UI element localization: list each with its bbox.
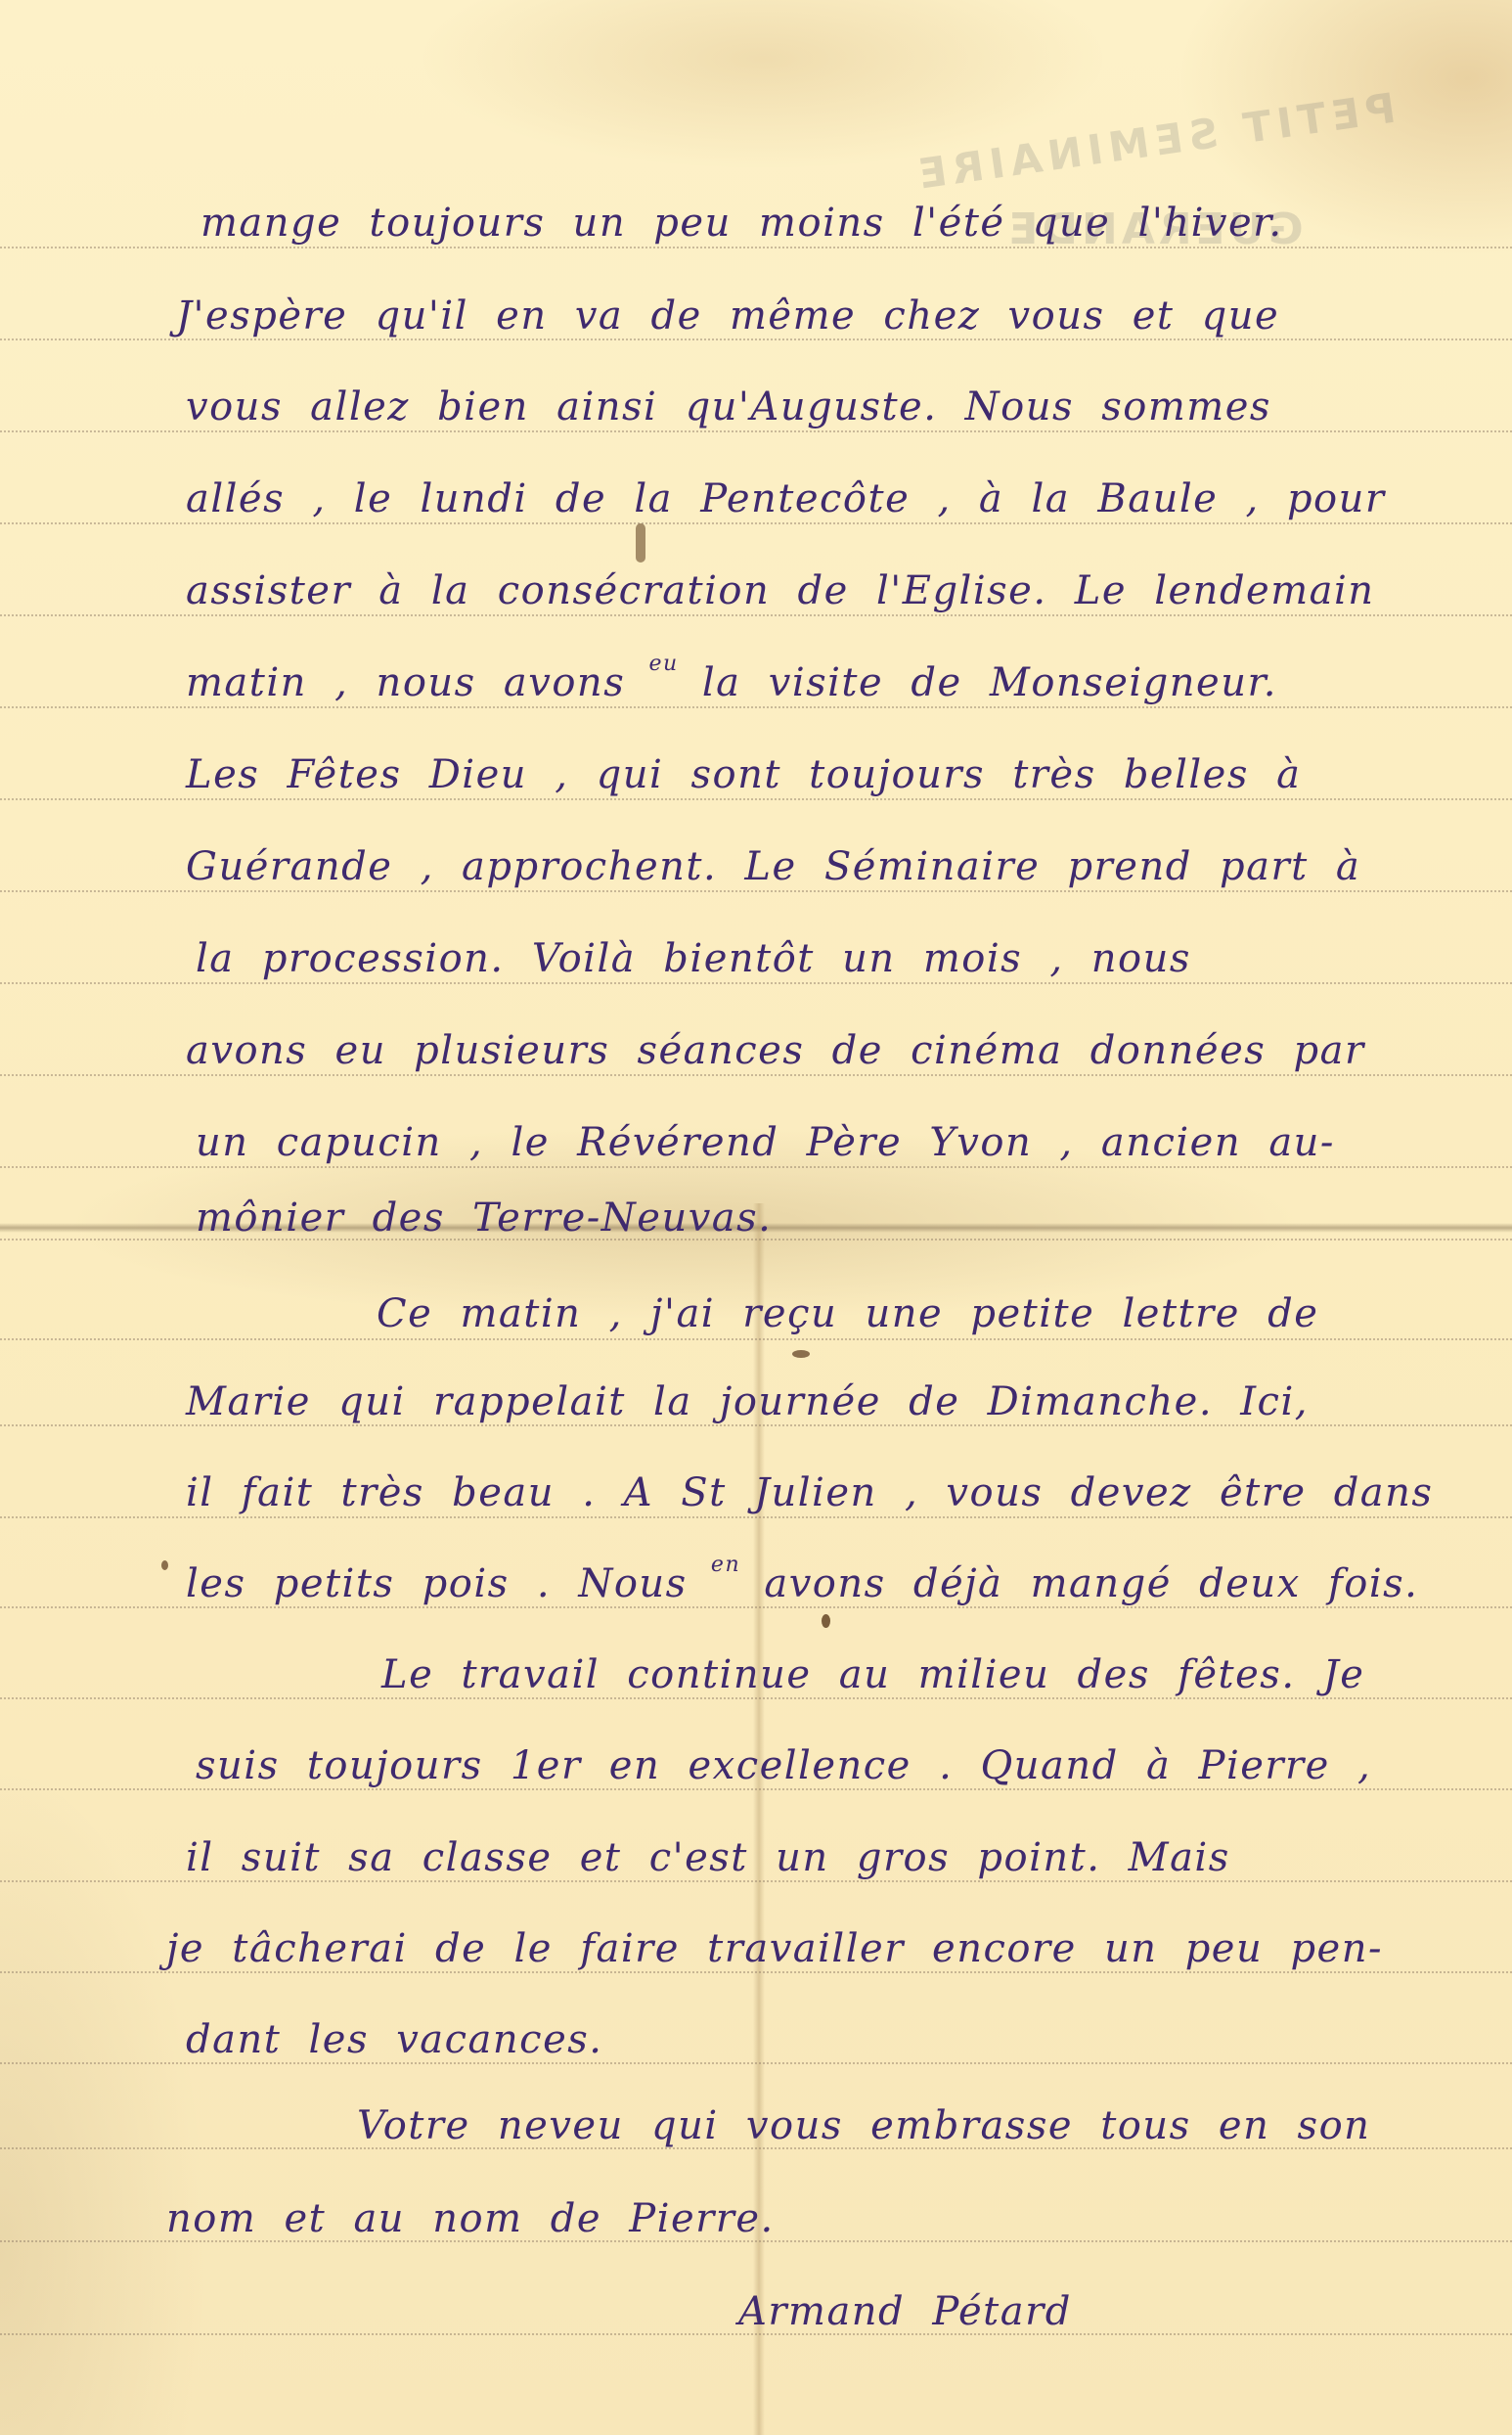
- ruled-line: [0, 2062, 1512, 2064]
- letter-line: dant les vacances.: [186, 2017, 1512, 2062]
- letter-line: assister à la consécration de l'Eglise. …: [186, 568, 1512, 613]
- letter-line: nom et au nom de Pierre.: [166, 2196, 1512, 2241]
- ruled-line: [0, 1338, 1512, 1340]
- ruled-line: [0, 1166, 1512, 1168]
- ruled-line: [0, 1971, 1512, 1973]
- interlinear-insertion: en: [711, 1553, 740, 1577]
- ruled-line: [0, 614, 1512, 616]
- signature: Armand Pétard: [738, 2289, 1512, 2334]
- ruled-line: [0, 1424, 1512, 1426]
- ruled-line: [0, 1606, 1512, 1608]
- stain-mark: [792, 1350, 810, 1358]
- ruled-line: [0, 247, 1512, 248]
- letter-line: allés , le lundi de la Pentecôte , à la …: [186, 476, 1512, 521]
- ruled-line: [0, 1880, 1512, 1882]
- letter-line: Guérande , approchent. Le Séminaire pren…: [186, 844, 1512, 889]
- stain-mark: [822, 1614, 830, 1628]
- interlinear-insertion: eu: [648, 652, 678, 676]
- letter-line: il suit sa classe et c'est un gros point…: [186, 1835, 1512, 1880]
- ruled-line: [0, 1788, 1512, 1790]
- ruled-line: [0, 1074, 1512, 1076]
- ruled-line: [0, 522, 1512, 524]
- letter-line: la procession. Voilà bientôt un mois , n…: [196, 936, 1512, 981]
- ruled-line: [0, 890, 1512, 892]
- letter-line: mônier des Terre-Neuvas.: [196, 1195, 1512, 1240]
- ruled-line: [0, 338, 1512, 340]
- letter-line: vous allez bien ainsi qu'Auguste. Nous s…: [186, 384, 1512, 429]
- letter-line: avons eu plusieurs séances de cinéma don…: [186, 1028, 1512, 1073]
- letter-line: Le travail continue au milieu des fêtes.…: [381, 1652, 1512, 1697]
- letter-line: je tâcherai de le faire travailler encor…: [166, 1926, 1512, 1971]
- ruled-line: [0, 1516, 1512, 1518]
- letter-line: un capucin , le Révérend Père Yvon , anc…: [196, 1120, 1512, 1165]
- letter-line: suis toujours 1er en excellence . Quand …: [196, 1743, 1512, 1788]
- letter-line: Ce matin , j'ai reçu une petite lettre d…: [377, 1291, 1512, 1336]
- letter-line: mange toujours un peu moins l'été que l'…: [200, 201, 1512, 246]
- line-text: les petits pois . Nous: [186, 1561, 688, 1606]
- line-text: avons déjà mangé deux fois.: [764, 1561, 1418, 1606]
- letter-line: Marie qui rappelait la journée de Dimanc…: [186, 1379, 1512, 1424]
- ruled-line: [0, 982, 1512, 984]
- letter-line: il fait très beau . A St Julien , vous d…: [186, 1470, 1512, 1515]
- stain-mark: [636, 523, 645, 563]
- letter-line: J'espère qu'il en va de même chez vous e…: [176, 293, 1512, 338]
- ruled-line: [0, 798, 1512, 800]
- ruled-line: [0, 1697, 1512, 1699]
- letter-line: Votre neveu qui vous embrasse tous en so…: [357, 2103, 1512, 2148]
- letter-line: matin , nous avons eu la visite de Monse…: [186, 660, 1512, 705]
- line-text: matin , nous avons: [186, 660, 625, 705]
- line-text: la visite de Monseigneur.: [702, 660, 1277, 705]
- letter-line: Les Fêtes Dieu , qui sont toujours très …: [186, 752, 1512, 797]
- ruled-line: [0, 706, 1512, 708]
- stain-mark: [161, 1560, 168, 1570]
- letter-line: les petits pois . Nous en avons déjà man…: [186, 1561, 1512, 1606]
- ruled-line: [0, 430, 1512, 432]
